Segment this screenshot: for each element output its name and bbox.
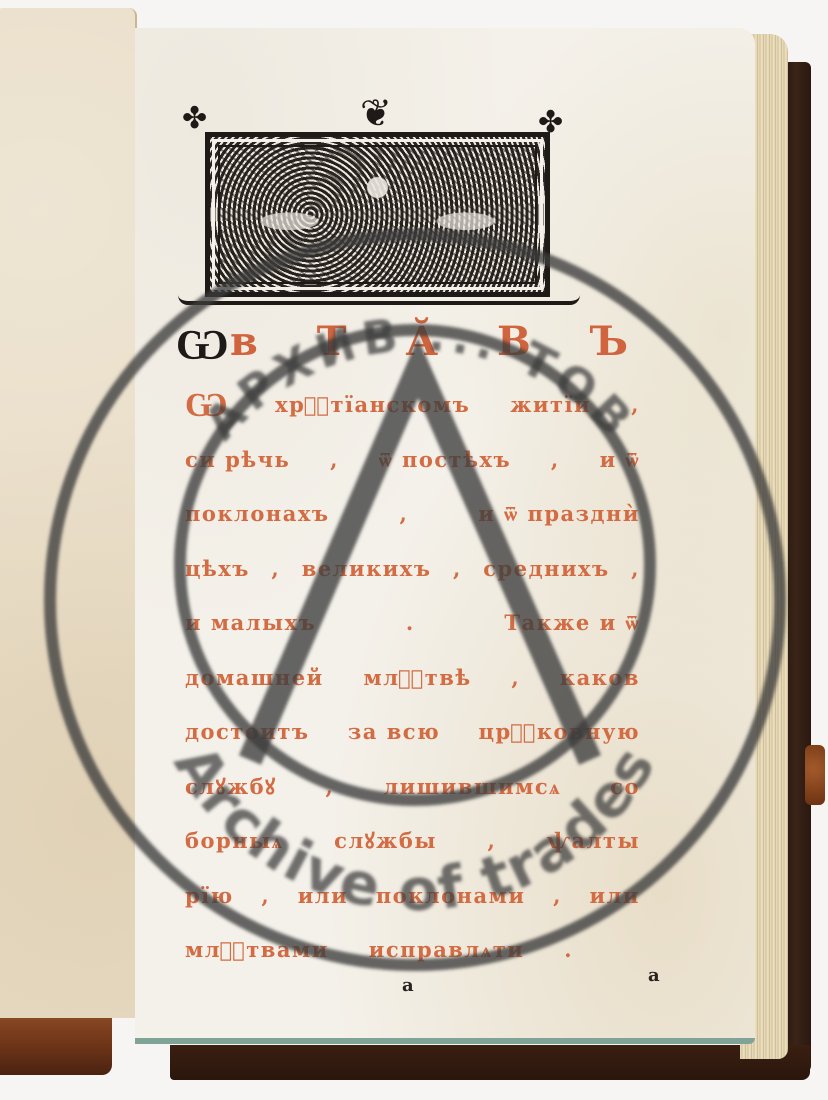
- title-letter: в: [230, 318, 260, 365]
- signature-mark: а: [648, 965, 660, 986]
- cover-clasp: [805, 745, 825, 805]
- signature-mark: а: [402, 975, 414, 996]
- text-line: млⷭ҇твами исправлѧти .: [185, 923, 640, 978]
- text-line: и малыхъ . Также и ѿ: [185, 596, 640, 651]
- left-page: [0, 8, 137, 1018]
- woodcut-headpiece: [205, 132, 550, 297]
- body-text: Ѡ хрⷭ҇тїанскомъ житїи , си рѣчь , ѿ пост…: [185, 378, 640, 978]
- text-line: достоитъ за всю црⷭ҇ковную: [185, 705, 640, 760]
- black-initial: Ѡ: [176, 320, 229, 370]
- title-letter: Ӑ: [405, 318, 440, 365]
- title-letter: В: [497, 318, 533, 365]
- crown-flower-icon: ❦: [360, 94, 392, 132]
- text-line: си рѣчь , ѿ постѣхъ , и ѿ: [185, 433, 640, 488]
- text-line: поклонахъ , и ѿ празднѝ: [185, 487, 640, 542]
- corner-flower-icon: ✤: [182, 104, 207, 134]
- text-line: цѣхъ , великихъ , среднихъ ,: [185, 542, 640, 597]
- text-line: слꙋжбꙋ , лишившимсѧ со: [185, 760, 640, 815]
- text-line: борныѧ слꙋжбы , ѱалты: [185, 814, 640, 869]
- book-cover-spine: [785, 62, 811, 1072]
- text-line: Ѡ хрⷭ҇тїанскомъ житїи ,: [185, 378, 640, 433]
- book-cover-left-edge: [0, 1015, 112, 1075]
- title-letter: Ъ: [590, 318, 630, 365]
- text-line: домашней млⷭ҇твѣ , каков: [185, 651, 640, 706]
- page-title: в Т Ӑ В Ъ: [230, 318, 630, 365]
- title-letter: Т: [317, 318, 349, 365]
- book-cover-bottom-edge: [170, 1045, 810, 1080]
- text-line: рїю , или поклонами , или: [185, 869, 640, 924]
- headpiece-base: [178, 285, 580, 305]
- book-photo: ✤ ❦ ✤ Ѡ в Т Ӑ В Ъ Ѡ хрⷭ҇тїанскомъ житїи …: [0, 0, 828, 1100]
- corner-flower-icon: ✤: [538, 108, 563, 138]
